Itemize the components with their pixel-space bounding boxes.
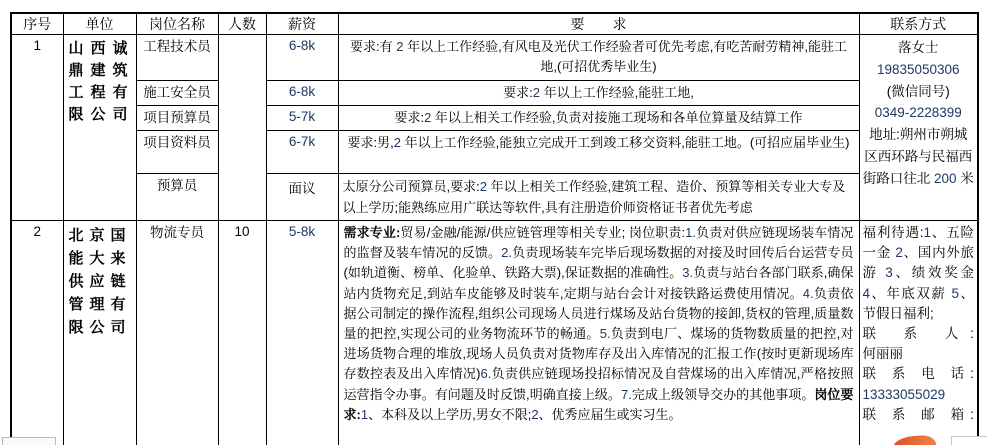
table-row: 施工安全员 6-8k 要求:2 年以上工作经验,能驻工地, bbox=[11, 81, 978, 106]
header-contact: 联系方式 bbox=[859, 13, 978, 35]
row1-requirements-5: 太原分公司预算员,要求:2 年以上相关工作经验,建筑工程、造价、预算等相关专业大… bbox=[338, 174, 859, 221]
header-no: 序号 bbox=[11, 13, 63, 35]
table-row: 项目预算员 5-7k 要求:2 年以上相关工作经验,负责对接施工现场和各单位算量… bbox=[11, 106, 978, 131]
table-row: 预算员 面议 太原分公司预算员,要求:2 年以上相关工作经验,建筑工程、造价、预… bbox=[11, 174, 978, 221]
row1-position-2: 施工安全员 bbox=[136, 81, 218, 106]
row1-position-5: 预算员 bbox=[136, 174, 218, 221]
row2-contact-cell: 福利待遇:1、五险一金 2、国内外旅游 3、绩效奖金 4、年底双薪 5、节假日福… bbox=[859, 221, 978, 445]
row1-salary-5: 面议 bbox=[266, 174, 338, 221]
row1-requirements-1: 要求:有 2 年以上工作经验,有风电及光伏工作经验者可优先考虑,有吃苦耐劳精神,… bbox=[338, 35, 859, 81]
header-headcount: 人数 bbox=[218, 13, 266, 35]
table-row: 项目资料员 6-7k 要求:男,2 年以上工作经验,能独立完成开工到竣工移交资料… bbox=[11, 131, 978, 174]
row1-company-name: 山西诚鼎建筑工程有限公司 bbox=[63, 35, 136, 221]
row2-position: 物流专员 bbox=[136, 221, 218, 445]
row2-no: 2 bbox=[11, 221, 63, 445]
table-row: 2 北京国能大来供应链管理有限公司 物流专员 10 5-8k 需求专业:贸易/金… bbox=[11, 221, 978, 445]
row1-position-4: 项目资料员 bbox=[136, 131, 218, 174]
partial-gray-box-left bbox=[2, 437, 56, 445]
header-requirements: 要 求 bbox=[338, 13, 859, 35]
row1-position-1: 工程技术员 bbox=[136, 35, 218, 81]
row1-salary-4: 6-7k bbox=[266, 131, 338, 174]
row1-requirements-3: 要求:2 年以上相关工作经验,负责对接施工现场和各单位算量及结算工作 bbox=[338, 106, 859, 131]
header-company: 单位 bbox=[63, 13, 136, 35]
header-salary: 薪资 bbox=[266, 13, 338, 35]
row1-salary-2: 6-8k bbox=[266, 81, 338, 106]
row1-headcount bbox=[218, 35, 266, 221]
row1-no: 1 bbox=[11, 35, 63, 221]
row2-company-name: 北京国能大来供应链管理有限公司 bbox=[63, 221, 136, 445]
row2-requirements: 需求专业:贸易/金融/能源/供应链管理等相关专业; 岗位职责:1.负责对供应链现… bbox=[338, 221, 859, 445]
header-position: 岗位名称 bbox=[136, 13, 218, 35]
row2-headcount: 10 bbox=[218, 221, 266, 445]
row1-requirements-2: 要求:2 年以上工作经验,能驻工地, bbox=[338, 81, 859, 106]
row2-contact-text: 福利待遇:1、五险一金 2、国内外旅游 3、绩效奖金 4、年底双薪 5、节假日福… bbox=[863, 223, 975, 445]
row2-requirements-text: 需求专业:贸易/金融/能源/供应链管理等相关专业; 岗位职责:1.负责对供应链现… bbox=[344, 223, 854, 445]
table-row: 1 山西诚鼎建筑工程有限公司 工程技术员 6-8k 要求:有 2 年以上工作经验… bbox=[11, 35, 978, 81]
row1-salary-3: 5-7k bbox=[266, 106, 338, 131]
row1-contact-cell: 落女士19835050306(微信同号)0349-2228399地址:朔州市朔城… bbox=[859, 35, 978, 221]
row1-requirements-4: 要求:男,2 年以上工作经验,能独立完成开工到竣工移交资料,能驻工地。(可招应届… bbox=[338, 131, 859, 174]
table-header-row: 序号 单位 岗位名称 人数 薪资 要 求 联系方式 bbox=[11, 13, 978, 35]
job-listings-table: 序号 单位 岗位名称 人数 薪资 要 求 联系方式 1 山西诚鼎建筑工程有限公司… bbox=[10, 12, 979, 445]
partial-gray-box-right bbox=[951, 436, 987, 445]
row1-salary-1: 6-8k bbox=[266, 35, 338, 81]
row2-salary: 5-8k bbox=[266, 221, 338, 445]
row1-position-3: 项目预算员 bbox=[136, 106, 218, 131]
